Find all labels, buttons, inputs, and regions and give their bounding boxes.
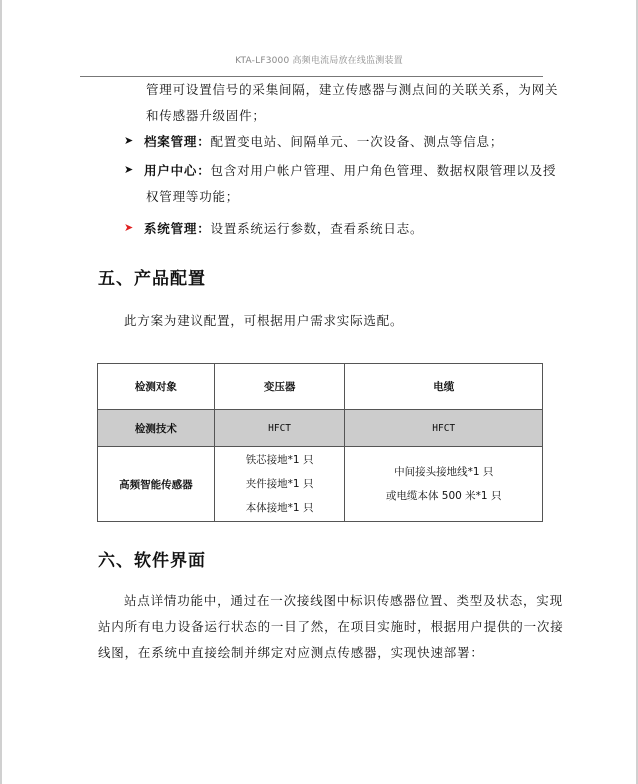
arrow-right-icon: ➤: [124, 221, 133, 234]
table-cell-transformer: 铁芯接地*1 只 夹件接地*1 只 本体接地*1 只: [214, 447, 345, 522]
bullet-text-continued: 权管理等功能；: [146, 187, 239, 205]
table-cell: 高频智能传感器: [98, 447, 215, 522]
table-row: 高频智能传感器 铁芯接地*1 只 夹件接地*1 只 本体接地*1 只 中间接头接…: [98, 447, 543, 522]
arrow-right-icon: ➤: [124, 134, 133, 147]
bullet-text: 包含对用户帐户管理、用户角色管理、数据权限管理以及授: [211, 163, 557, 178]
table-cell: 检测技术: [98, 410, 215, 447]
section-heading: 五、产品配置: [98, 264, 206, 289]
section-heading: 六、软件界面: [98, 546, 206, 571]
table-cell-line: 铁芯接地*1 只: [215, 448, 345, 472]
table-cell-cable: 中间接头接地线*1 只 或电缆本体 500 米*1 只: [345, 447, 543, 522]
table-header-row: 检测对象 变压器 电缆: [98, 364, 543, 410]
page-edge-left: [0, 0, 2, 784]
table-cell: HFCT: [214, 410, 345, 447]
table-header-cell: 检测对象: [98, 364, 215, 410]
table-cell: HFCT: [345, 410, 543, 447]
bullet-term: 档案管理：: [144, 134, 211, 149]
table-row: 检测技术 HFCT HFCT: [98, 410, 543, 447]
paragraph-line: 站内所有电力设备运行状态的一目了然，在项目实施时，根据用户提供的一次接: [98, 617, 564, 635]
bullet-term: 用户中心：: [144, 163, 211, 178]
table-header-cell: 电缆: [345, 364, 543, 410]
bullet-term: 系统管理：: [144, 221, 211, 236]
bullet-text: 配置变电站、间隔单元、一次设备、测点等信息；: [211, 134, 504, 149]
table-cell-line: 或电缆本体 500 米*1 只: [345, 484, 542, 508]
running-header: KTA-LF3000 高频电流局放在线监测装置: [0, 53, 638, 66]
header-divider: [80, 76, 543, 77]
paragraph-line: 管理可设置信号的采集间隔，建立传感器与测点间的关联关系，为网关: [146, 80, 558, 98]
arrow-right-icon: ➤: [124, 163, 133, 176]
paragraph-line: 和传感器升级固件；: [146, 106, 266, 124]
product-config-table: 检测对象 变压器 电缆 检测技术 HFCT HFCT 高频智能传感器 铁芯接地*…: [97, 363, 543, 522]
bullet-text: 设置系统运行参数，查看系统日志。: [211, 221, 424, 236]
table-cell-line: 夹件接地*1 只: [215, 472, 345, 496]
paragraph-line: 站点详情功能中，通过在一次接线图中标识传感器位置、类型及状态，实现: [124, 591, 563, 609]
table-header-cell: 变压器: [214, 364, 345, 410]
section-intro: 此方案为建议配置，可根据用户需求实际选配。: [124, 311, 403, 329]
table-cell-line: 本体接地*1 只: [215, 496, 345, 520]
table-cell-line: 中间接头接地线*1 只: [345, 460, 542, 484]
paragraph-line: 线图，在系统中直接绘制并绑定对应测点传感器，实现快速部署：: [98, 643, 484, 661]
